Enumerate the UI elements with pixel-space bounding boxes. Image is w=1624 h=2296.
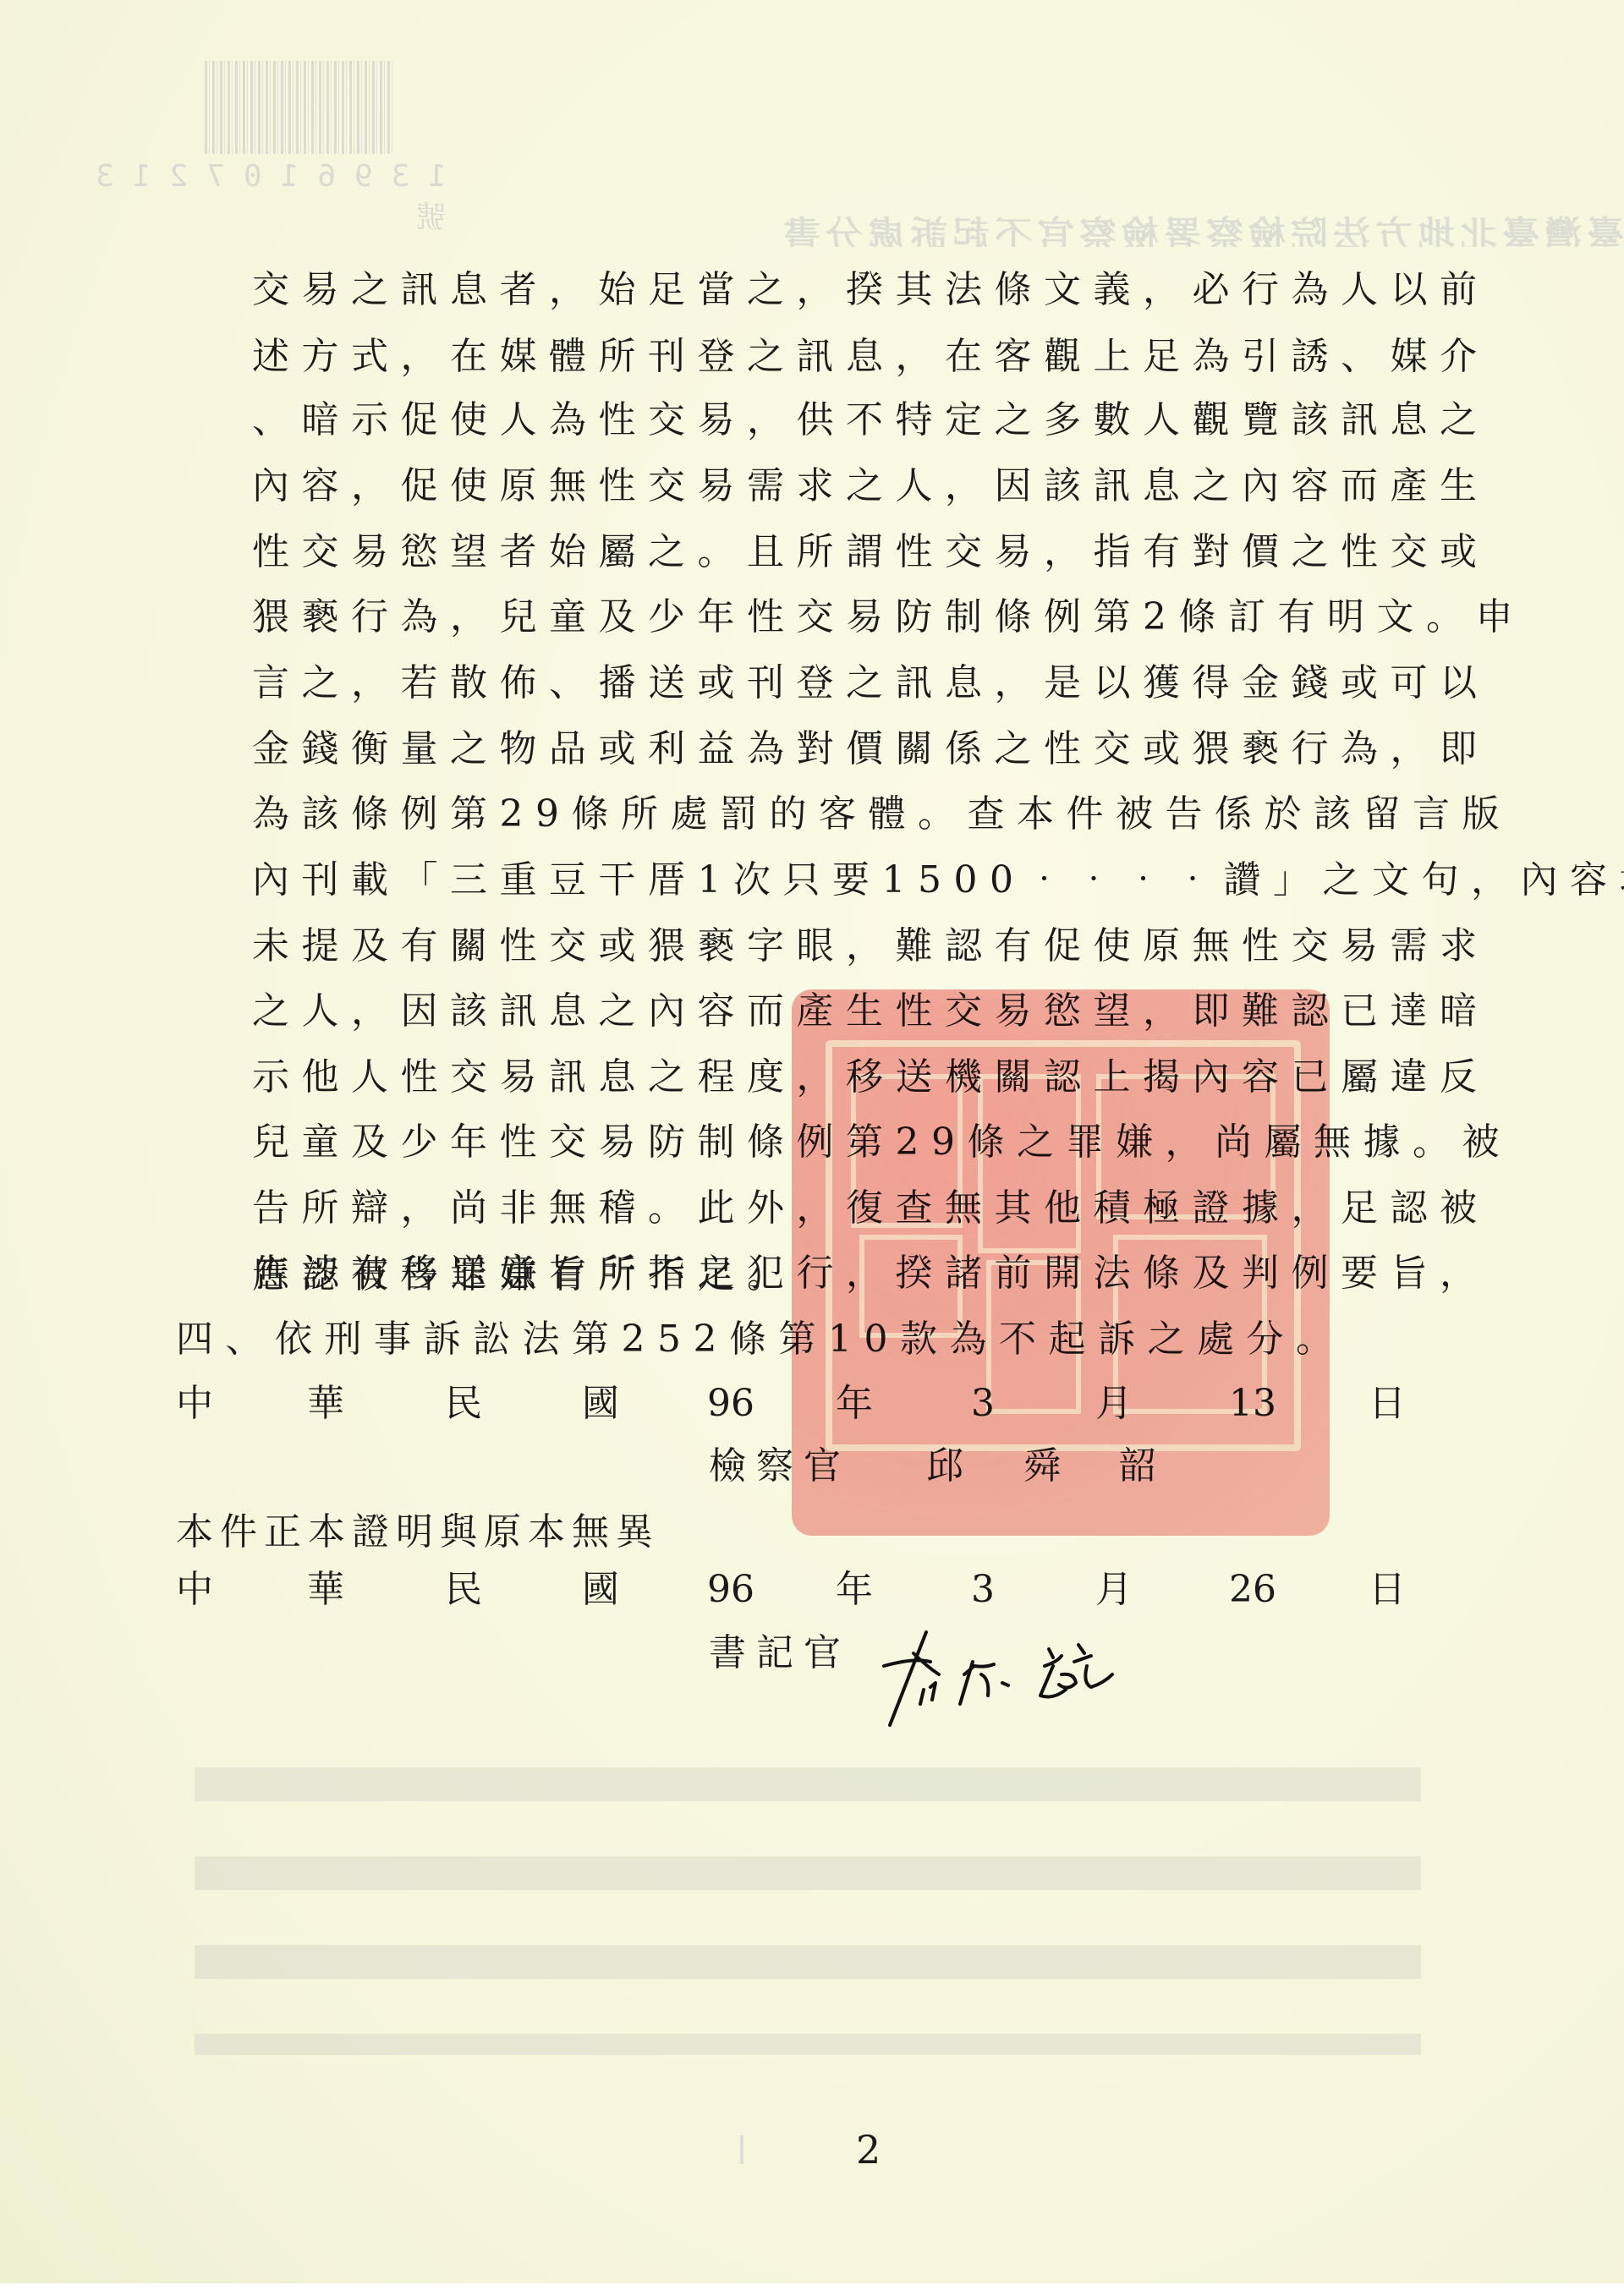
body-line: 言之，若散佈、播送或刊登之訊息，是以獲得金錢或可以 bbox=[252, 658, 1490, 709]
body-line: 為該條例第29條所處罰的客體。查本件被告係於該留言版 bbox=[252, 789, 1512, 840]
bleed-through-title: 臺灣臺北地方法院檢察署檢察官不起訴處分書 bbox=[558, 205, 1624, 247]
cert-era-4: 國 bbox=[582, 1564, 619, 1615]
date-era-3: 民 bbox=[445, 1378, 482, 1429]
body-line: 金錢衡量之物品或利益為對價關係之性交或猥褻行為，即 bbox=[252, 724, 1490, 775]
cert-day-unit: 日 bbox=[1369, 1564, 1406, 1615]
certification-statement: 本件正本證明與原本無異 bbox=[176, 1507, 660, 1558]
cert-day: 26 bbox=[1229, 1564, 1276, 1615]
official-seal bbox=[792, 989, 1330, 1536]
bleed-through-barcode bbox=[205, 61, 392, 154]
cert-era-2: 華 bbox=[307, 1564, 344, 1615]
body-line: 、暗示促使人為性交易，供不特定之多數人觀覽該訊息之 bbox=[252, 395, 1490, 446]
cert-month-unit: 月 bbox=[1095, 1564, 1133, 1615]
clerk-title: 書記官 bbox=[709, 1628, 851, 1679]
seal-glyph bbox=[1096, 1074, 1276, 1219]
cert-year: 96 bbox=[707, 1564, 754, 1615]
body-line: 猥褻行為，兒童及少年性交易防制條例第2條訂有明文。申 bbox=[252, 592, 1525, 643]
body-line: 內刊載「三重豆干厝1次只要1500‧‧‧‧讚」之文句，內容均 bbox=[252, 855, 1624, 906]
body-line: 述方式，在媒體所刊登之訊息，在客觀上足為引誘、媒介 bbox=[252, 332, 1490, 382]
seal-glyph bbox=[978, 1074, 1081, 1253]
certification-date: 中 華 民 國 96 年 3 月 26 日 bbox=[176, 1564, 1419, 1615]
cert-era-3: 民 bbox=[445, 1564, 482, 1615]
bleed-through-mark bbox=[740, 2135, 743, 2164]
seal-glyph bbox=[851, 1074, 963, 1228]
date-year: 96 bbox=[707, 1378, 754, 1429]
body-line: 性交易慾望者始屬之。且所謂性交易，指有對價之性交或 bbox=[252, 527, 1490, 578]
seal-glyph bbox=[986, 1260, 1081, 1414]
cert-era-1: 中 bbox=[176, 1564, 213, 1615]
cert-month: 3 bbox=[971, 1564, 995, 1615]
date-era-2: 華 bbox=[307, 1378, 344, 1429]
date-day-unit: 日 bbox=[1369, 1378, 1406, 1429]
date-era-1: 中 bbox=[176, 1378, 213, 1429]
bleed-through-serial: 1396107213號 bbox=[193, 159, 447, 193]
seal-glyph bbox=[1113, 1235, 1267, 1414]
body-line: 應認被告罪嫌有所不足。 bbox=[252, 1250, 797, 1301]
handwritten-signature bbox=[880, 1615, 1159, 1734]
seal-glyph bbox=[859, 1235, 963, 1338]
body-line: 內容，促使原無性交易需求之人，因該訊息之內容而產生 bbox=[252, 461, 1490, 512]
cert-year-unit: 年 bbox=[836, 1564, 873, 1615]
scan-edge bbox=[0, 2283, 1624, 2296]
bleed-through-text bbox=[195, 1734, 1421, 2055]
page-number: 2 bbox=[856, 2127, 881, 2173]
date-era-4: 國 bbox=[582, 1378, 619, 1429]
body-line: 交易之訊息者，始足當之，揆其法條文義，必行為人以前 bbox=[252, 265, 1490, 315]
body-line: 未提及有關性交或猥褻字眼，難認有促使原無性交易需求 bbox=[252, 921, 1490, 972]
